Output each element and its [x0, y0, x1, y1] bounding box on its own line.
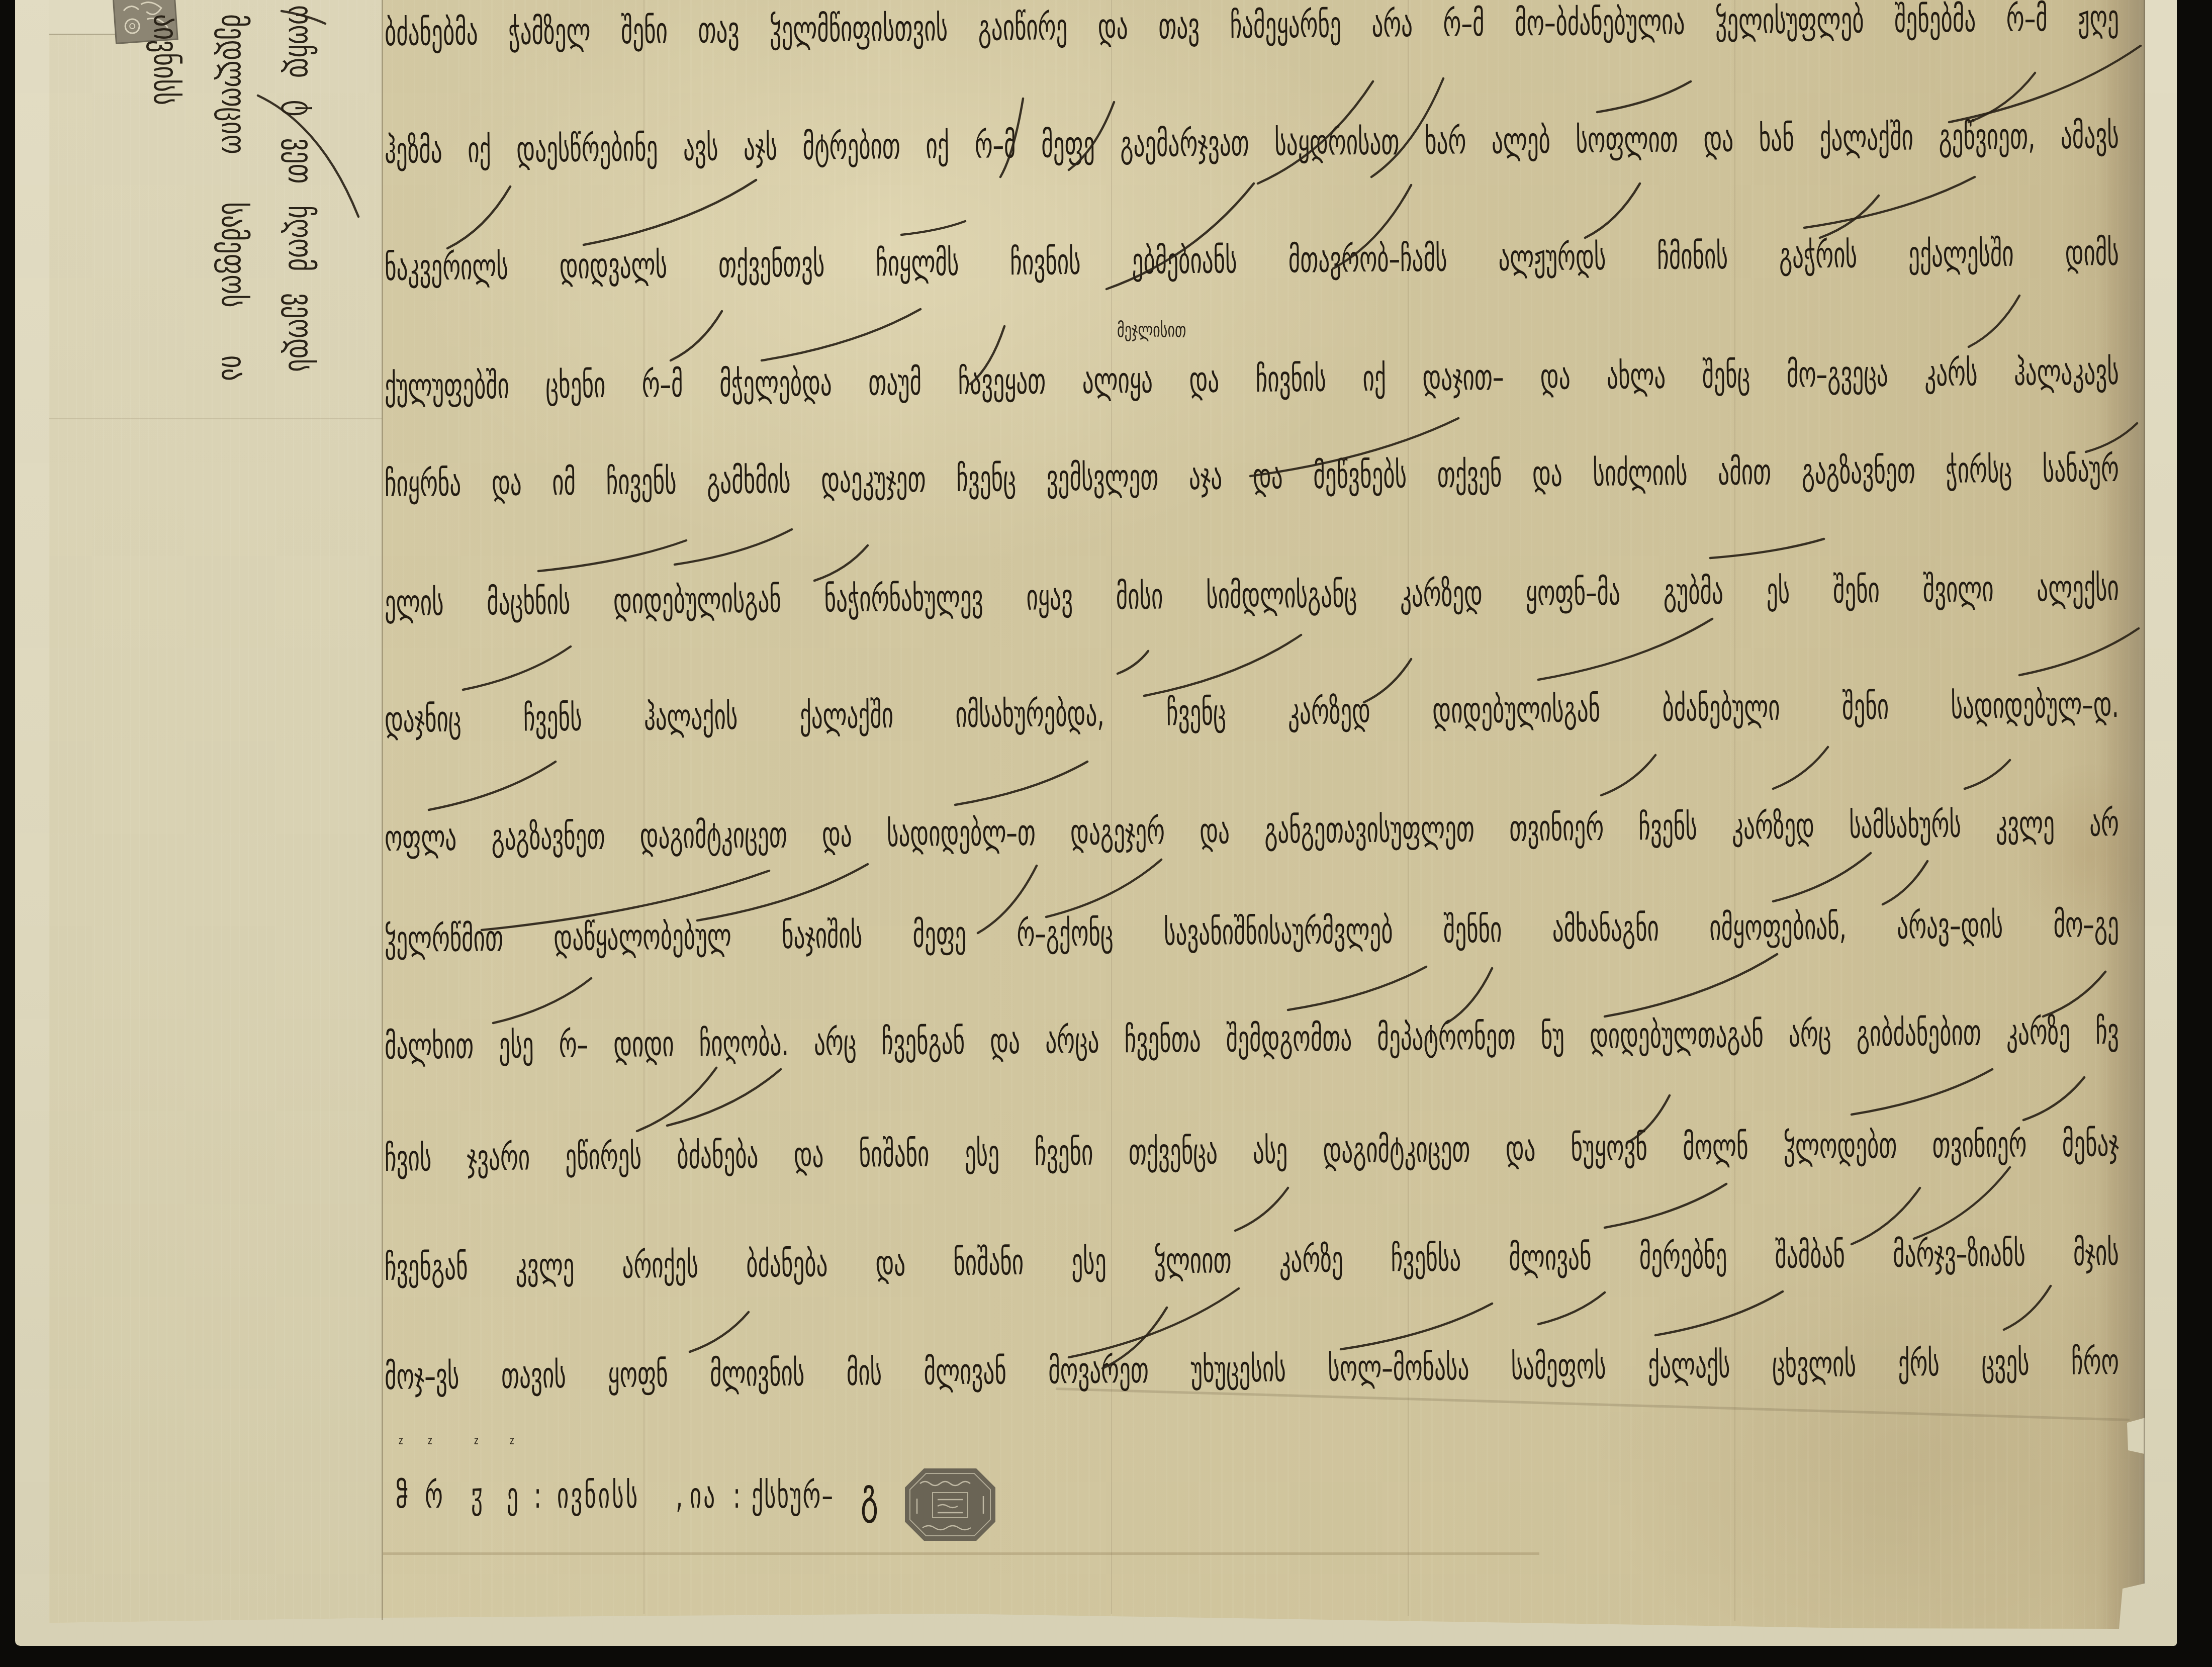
pen-flourishes	[0, 0, 2212, 1667]
